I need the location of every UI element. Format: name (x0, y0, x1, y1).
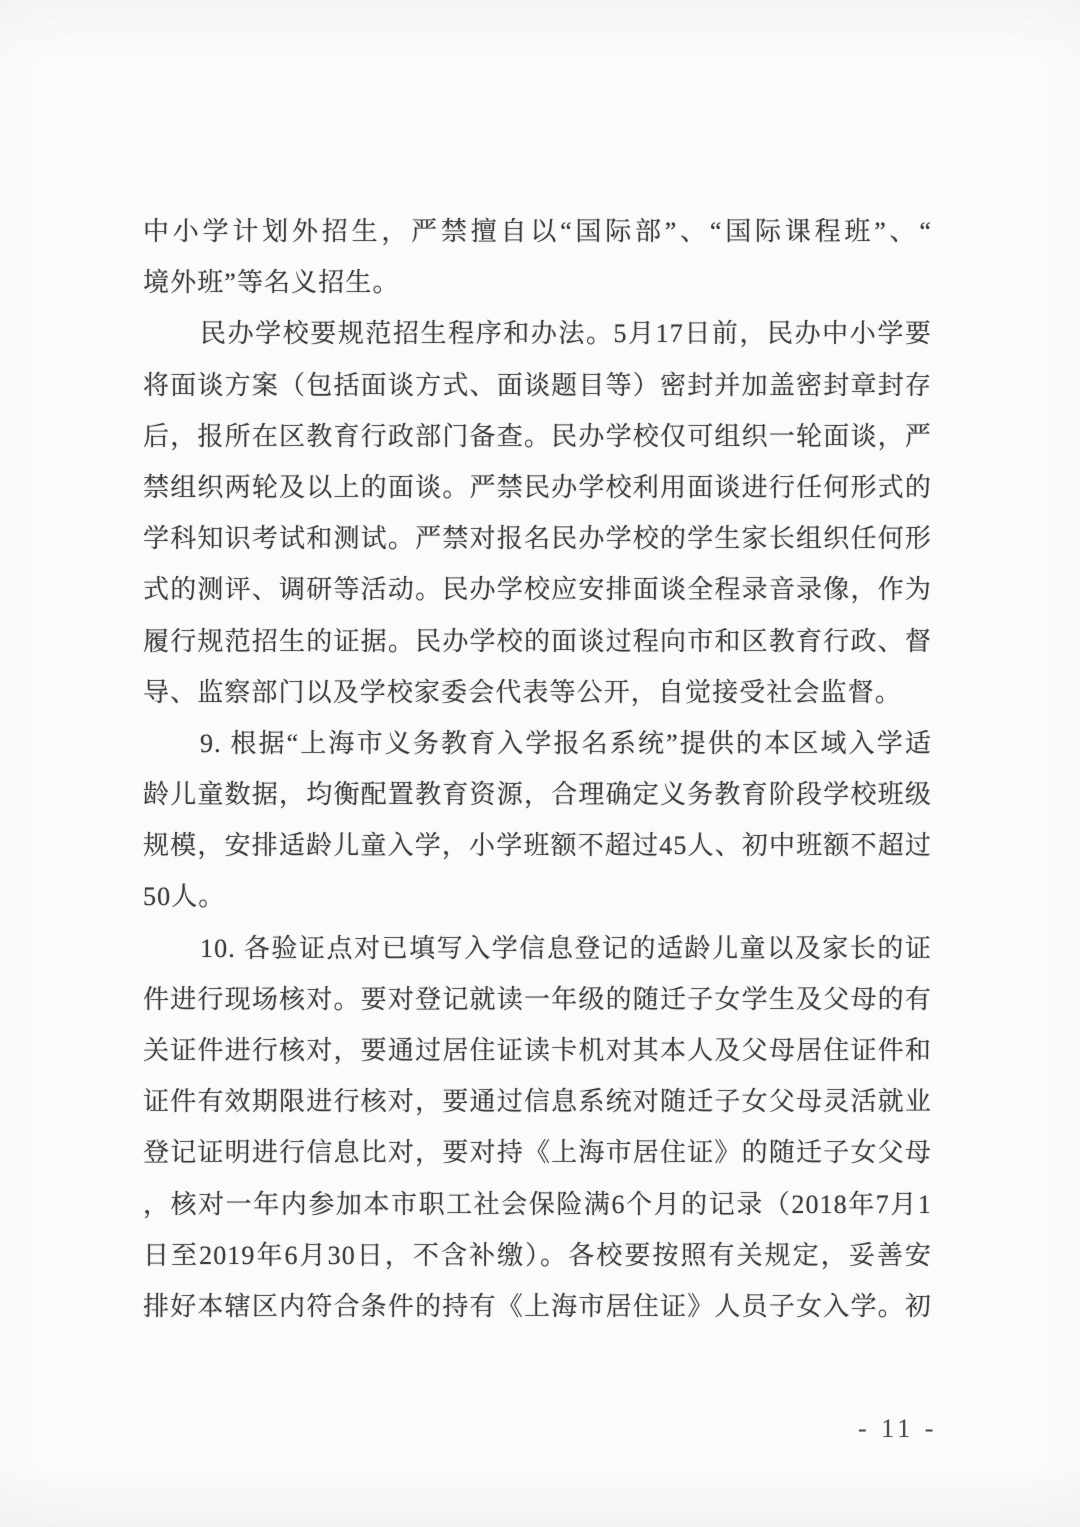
document-body: 中小学计划外招生，严禁擅自以“国际部”、“国际课程班”、“ 境外班”等名义招生。… (143, 206, 932, 1332)
text-line: 禁组织两轮及以上的面谈。严禁民办学校利用面谈进行任何形式的 (143, 462, 932, 513)
page-number: - 11 - (858, 1414, 937, 1444)
text-line: 后，报所在区教育行政部门备查。民办学校仅可组织一轮面谈，严 (143, 411, 932, 462)
text-line: 登记证明进行信息比对，要对持《上海市居住证》的随迁子女父母 (143, 1127, 932, 1178)
text-line: 9. 根据“上海市义务教育入学报名系统”提供的本区域入学适 (143, 718, 932, 769)
text-line: 式的测评、调研等活动。民办学校应安排面谈全程录音录像，作为 (143, 564, 932, 615)
text-line: 将面谈方案（包括面谈方式、面谈题目等）密封并加盖密封章封存 (143, 360, 932, 411)
text-line: 学科知识考试和测试。严禁对报名民办学校的学生家长组织任何形 (143, 513, 932, 564)
text-line: 龄儿童数据，均衡配置教育资源，合理确定义务教育阶段学校班级 (143, 769, 932, 820)
text-line: 境外班”等名义招生。 (143, 257, 932, 308)
text-line: 规模，安排适龄儿童入学，小学班额不超过45人、初中班额不超过 (143, 820, 932, 871)
text-line: 证件有效期限进行核对，要通过信息系统对随迁子女父母灵活就业 (143, 1076, 932, 1127)
text-line: ，核对一年内参加本市职工社会保险满6个月的记录（2018年7月1 (143, 1179, 932, 1230)
document-page: 中小学计划外招生，严禁擅自以“国际部”、“国际课程班”、“ 境外班”等名义招生。… (0, 0, 1080, 1527)
text-line: 件进行现场核对。要对登记就读一年级的随迁子女学生及父母的有 (143, 974, 932, 1025)
text-line: 排好本辖区内符合条件的持有《上海市居住证》人员子女入学。初 (143, 1281, 932, 1332)
text-line: 关证件进行核对，要通过居住证读卡机对其本人及父母居住证件和 (143, 1025, 932, 1076)
text-line: 日至2019年6月30日，不含补缴）。各校要按照有关规定，妥善安 (143, 1230, 932, 1281)
text-line: 中小学计划外招生，严禁擅自以“国际部”、“国际课程班”、“ (143, 206, 932, 257)
text-line: 50人。 (143, 871, 932, 922)
text-line: 导、监察部门以及学校家委会代表等公开，自觉接受社会监督。 (143, 667, 932, 718)
text-line: 民办学校要规范招生程序和办法。5月17日前，民办中小学要 (143, 308, 932, 359)
text-line: 10. 各验证点对已填写入学信息登记的适龄儿童以及家长的证 (143, 923, 932, 974)
text-line: 履行规范招生的证据。民办学校的面谈过程向市和区教育行政、督 (143, 616, 932, 667)
